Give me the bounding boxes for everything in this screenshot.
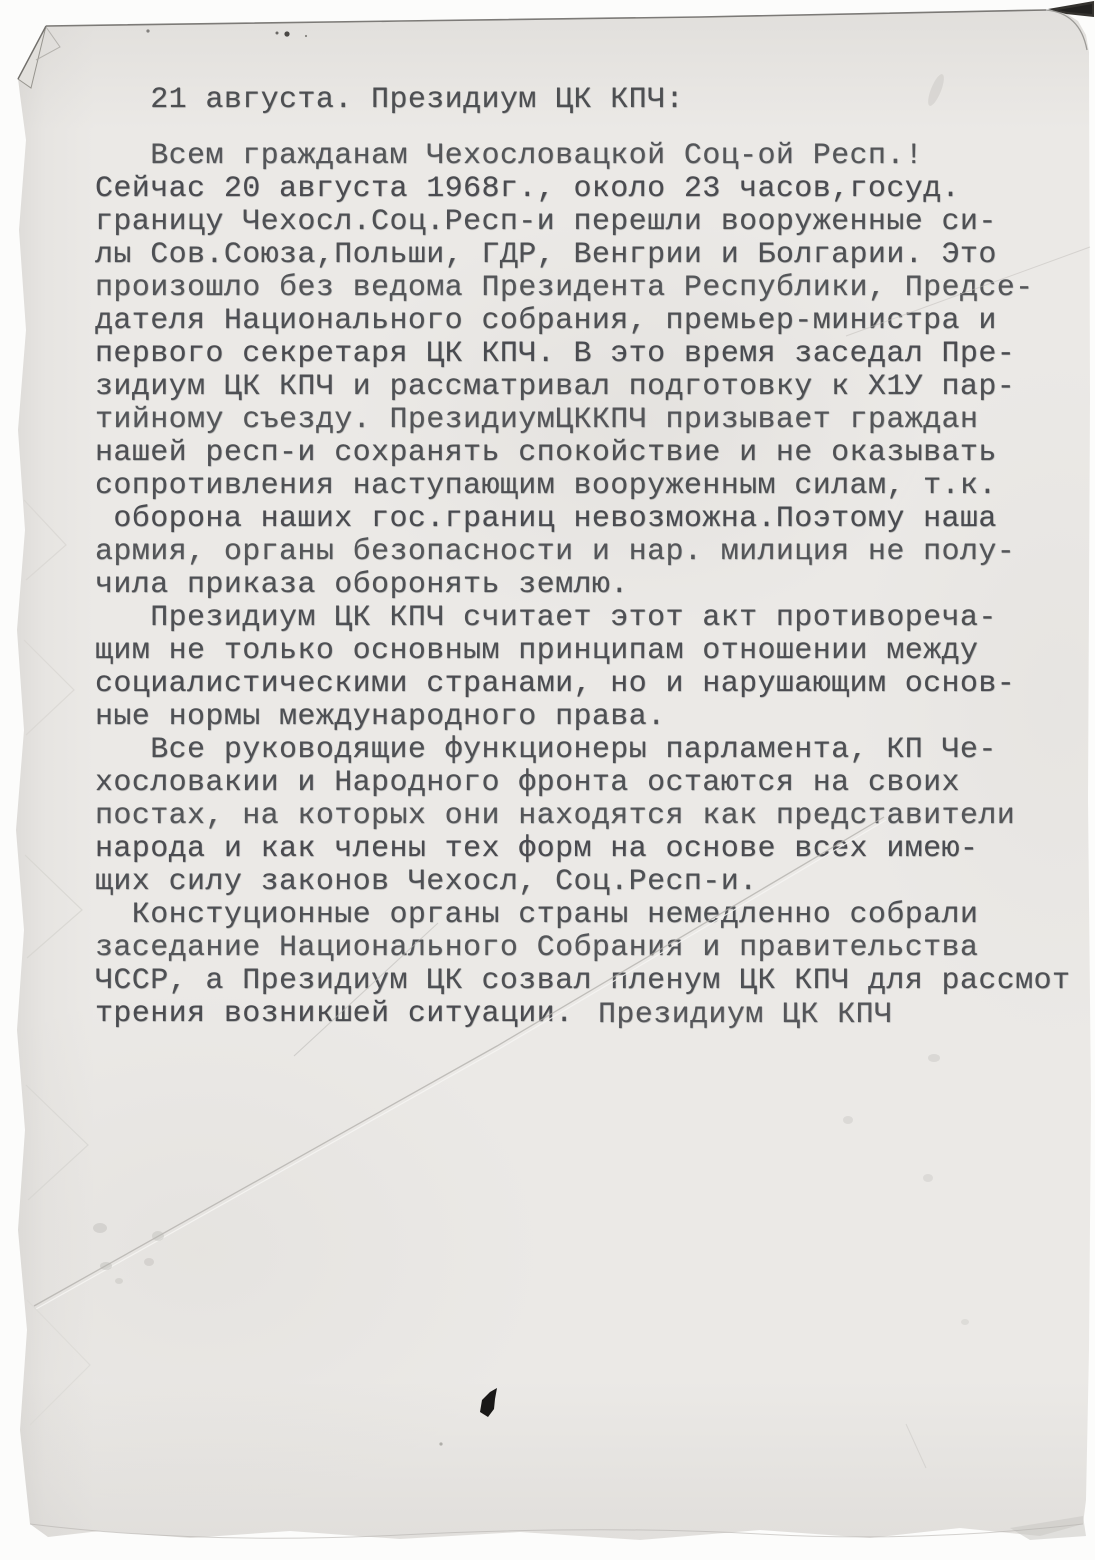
text-line: дателя Национального собрания, премьер-м… bbox=[95, 305, 1095, 338]
text-line: Сейчас 20 августа 1968г., около 23 часов… bbox=[95, 173, 1095, 206]
text-line: Констуционные органы страны немедленно с… bbox=[95, 899, 1095, 932]
text-line: Все руководящие функционеры парламента, … bbox=[95, 734, 1095, 767]
document-heading: 21 августа. Президиум ЦК КПЧ: bbox=[95, 84, 684, 117]
text-line: границу Чехосл.Соц.Респ-и перешли вооруж… bbox=[95, 206, 1095, 239]
text-line: нашей респ-и сохранять спокойствие и не … bbox=[95, 437, 1095, 470]
text-line: ЧССР, а Президиум ЦК созвал пленум ЦК КП… bbox=[95, 965, 1095, 998]
document-body: Всем гражданам Чехословацкой Соц-ой Респ… bbox=[95, 140, 1095, 1031]
text-line: щим не только основным принципам отношен… bbox=[95, 635, 1095, 668]
text-line: оборона наших гос.границ невозможна.Поэт… bbox=[95, 503, 1095, 536]
text-line: социалистическими странами, но и нарушаю… bbox=[95, 668, 1095, 701]
text-line: народа и как члены тех форм на основе вс… bbox=[95, 833, 1095, 866]
text-line: армия, органы безопасности и нар. милици… bbox=[95, 536, 1095, 569]
text-line: зидиум ЦК КПЧ и рассматривал подготовку … bbox=[95, 371, 1095, 404]
text-line: Всем гражданам Чехословацкой Соц-ой Респ… bbox=[95, 140, 1095, 173]
text-line: сопротивления наступающим вооруженным си… bbox=[95, 470, 1095, 503]
text-line: тийному съезду. ПрезидиумЦККПЧ призывает… bbox=[95, 404, 1095, 437]
text-line: хословакии и Народного фронта остаются н… bbox=[95, 767, 1095, 800]
text-line: чила приказа оборонять землю. bbox=[95, 569, 1095, 602]
text-line: трения возникшей ситуации. bbox=[95, 998, 1095, 1031]
text-line: щих силу законов Чехосл, Соц.Респ-и. bbox=[95, 866, 1095, 899]
text-line: первого секретаря ЦК КПЧ. В это время за… bbox=[95, 338, 1095, 371]
text-line: ные нормы международного права. bbox=[95, 701, 1095, 734]
text-line: постах, на которых они находятся как пре… bbox=[95, 800, 1095, 833]
text-line: лы Сов.Союза,Польши, ГДР, Венгрии и Болг… bbox=[95, 239, 1095, 272]
text-line: Президиум ЦК КПЧ считает этот акт против… bbox=[95, 602, 1095, 635]
text-line: заседание Национального Собрания и прави… bbox=[95, 932, 1095, 965]
scanned-document-page: { "scan": { "paper_color": "#ebe9e6", "i… bbox=[0, 0, 1095, 1560]
text-line: произошло без ведома Президента Республи… bbox=[95, 272, 1095, 305]
signature-line: Президиум ЦК КПЧ bbox=[598, 999, 892, 1032]
